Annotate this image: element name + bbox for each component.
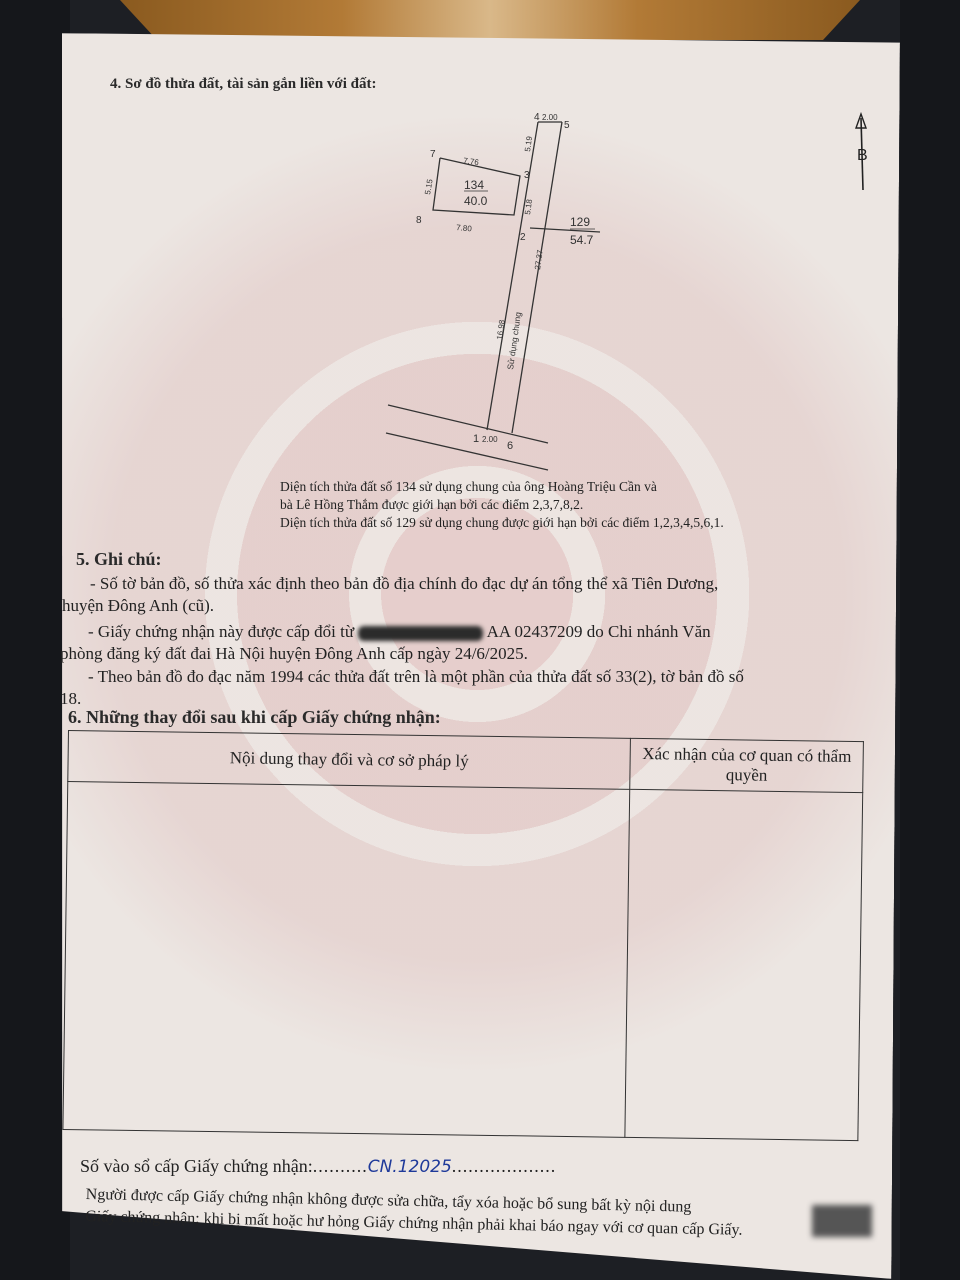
svg-text:129: 129 <box>570 215 590 229</box>
svg-text:2.00: 2.00 <box>542 113 558 122</box>
background-table <box>120 0 860 40</box>
svg-text:40.0: 40.0 <box>464 194 488 208</box>
registration-number: CN.12025 <box>368 1157 452 1177</box>
note-2-prefix: - Giấy chứng nhận này được cấp đổi từ <box>88 622 354 641</box>
registration-number-line: Số vào sổ cấp Giấy chứng nhận:..........… <box>80 1156 556 1177</box>
section-5-title: 5. Ghi chú: <box>76 549 162 570</box>
svg-text:2: 2 <box>520 232 526 243</box>
column-header-content: Nội dung thay đổi và cơ sở pháp lý <box>68 731 631 790</box>
caption-line: Diện tích thửa đất số 134 sử dụng chung … <box>280 478 800 496</box>
svg-text:8: 8 <box>416 215 422 226</box>
note-1-line-2: huyện Đông Anh (cũ). <box>62 595 880 617</box>
caption-line: Diện tích thửa đất số 129 sử dụng chung … <box>280 514 800 532</box>
note-1: - Số tờ bản đồ, số thửa xác định theo bả… <box>90 573 880 617</box>
svg-text:7.76: 7.76 <box>463 156 480 167</box>
parcel-diagram: 4 2.00 5 7 7.76 3 5.19 5.18 5.15 134 40.… <box>380 110 660 480</box>
svg-text:4: 4 <box>534 112 540 123</box>
background-right <box>900 0 960 1280</box>
dots: ................... <box>452 1156 557 1176</box>
svg-text:7: 7 <box>430 149 436 160</box>
section-6-title: 6. Những thay đổi sau khi cấp Giấy chứng… <box>68 707 441 728</box>
svg-text:134: 134 <box>464 178 484 192</box>
section-4-title: 4. Sơ đồ thửa đất, tài sản gắn liền với … <box>110 76 377 93</box>
note-2-suffix: AA 02437209 do Chi nhánh Văn <box>487 622 711 641</box>
svg-text:5.19: 5.19 <box>523 135 534 152</box>
redacted-text <box>358 626 483 641</box>
note-3-line-1: - Theo bản đồ đo đạc năm 1994 các thửa đ… <box>88 666 878 688</box>
note-3: - Theo bản đồ đo đạc năm 1994 các thửa đ… <box>88 666 878 710</box>
north-arrow-icon: B <box>848 112 878 192</box>
note-1-line-1: - Số tờ bản đồ, số thửa xác định theo bả… <box>90 573 880 595</box>
svg-text:16.98: 16.98 <box>495 319 507 341</box>
dots: .......... <box>313 1156 368 1176</box>
svg-text:6: 6 <box>507 440 513 452</box>
registration-label: Số vào sổ cấp Giấy chứng nhận: <box>80 1156 313 1176</box>
svg-text:3: 3 <box>524 170 530 181</box>
changes-confirmation-cell <box>625 789 863 1140</box>
svg-text:1: 1 <box>473 433 479 445</box>
diagram-caption: Diện tích thửa đất số 134 sử dụng chung … <box>280 478 800 532</box>
svg-text:5.18: 5.18 <box>523 198 534 215</box>
redacted-text <box>812 1205 872 1237</box>
note-2-line-2: phòng đăng ký đất đai Hà Nội huyện Đông … <box>60 643 878 665</box>
svg-text:5: 5 <box>564 120 570 131</box>
background-left <box>0 0 70 1280</box>
column-header-confirmation: Xác nhận của cơ quan có thẩm quyền <box>630 738 863 792</box>
note-2: - Giấy chứng nhận này được cấp đổi từ AA… <box>88 621 878 665</box>
changes-content-cell <box>63 782 630 1138</box>
svg-text:Sử dụng chung: Sử dụng chung <box>505 311 523 370</box>
north-label: B <box>857 147 868 164</box>
svg-text:54.7: 54.7 <box>570 233 594 247</box>
caption-line: bà Lê Hồng Thắm được giới hạn bởi các đi… <box>280 496 800 514</box>
changes-table: Nội dung thay đổi và cơ sở pháp lý Xác n… <box>62 730 864 1141</box>
svg-text:7.80: 7.80 <box>456 223 473 233</box>
svg-text:5.15: 5.15 <box>423 178 435 195</box>
svg-text:2.00: 2.00 <box>482 435 498 444</box>
svg-text:27.37: 27.37 <box>533 249 545 271</box>
